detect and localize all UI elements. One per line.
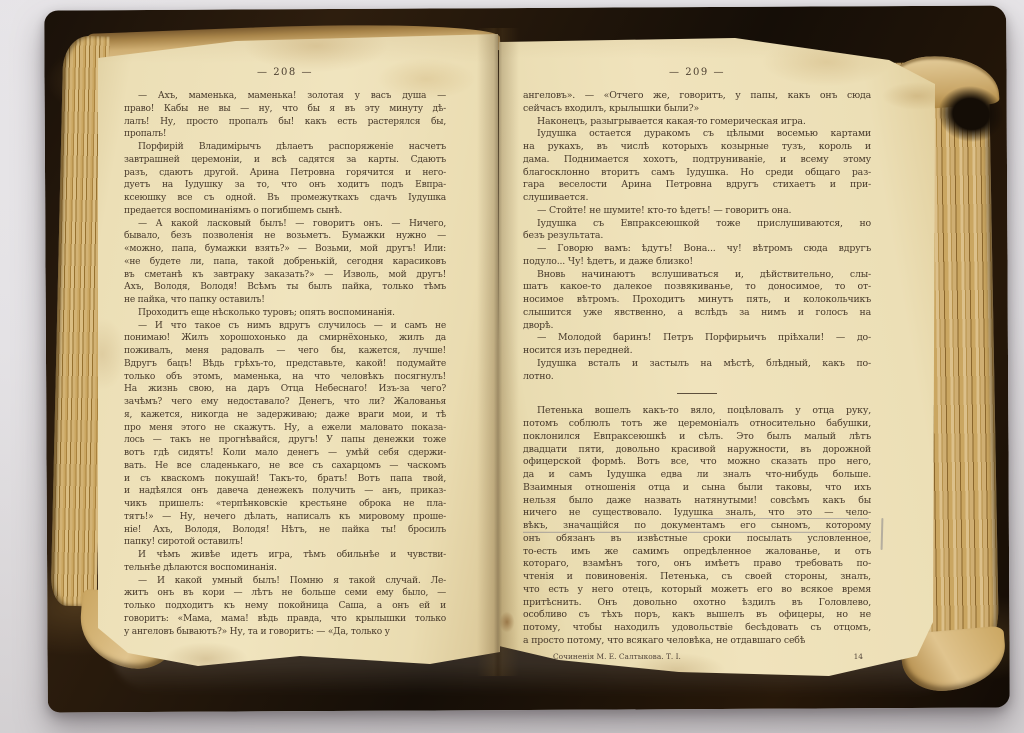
text-line: папку! сиротой оставилъ! [124,536,446,549]
text-line: ангеловъ». — «Отчего же, говоритъ, у пап… [523,90,871,103]
text-line: вѣкъ, значащійся по документамъ его сыно… [523,520,871,533]
text-line: Взаимныя отношенія отца и сына были тако… [523,482,871,495]
text-line: дуетъ на Іудушку за то, что онъ ходитъ п… [124,179,446,192]
right-page-text-upper: ангеловъ». — «Отчего же, говоритъ, у пап… [523,90,871,383]
text-line: понимаю! Жилъ хорошохонько да смирнёхонь… [124,332,446,345]
text-line: чикъ пришелъ: «терпѣнковскіе крестьяне о… [124,498,446,511]
text-line: право! Кабы не вы — ну, что бы я въ эту … [124,103,446,116]
text-line: бывало, безъ позволенія не возьметъ. Бум… [124,230,446,243]
text-line: разъ, сдаютъ другой. Арина Петровна горя… [124,167,446,180]
text-line: ксеюшку все съ одной. Въ промежуткахъ сд… [124,192,446,205]
text-line: не пайка, что папку оставилъ! [124,294,446,307]
signature-number: 14 [854,652,863,661]
text-line: — Говорю вамъ: ѣдутъ! Вона... чу! вѣтром… [523,243,871,256]
text-line: Проходитъ еще нѣсколько туровъ; опять во… [124,307,446,320]
text-line: вотъ гдѣ сидятъ! Коли мало денегъ — умѣй… [124,447,446,460]
text-line: тятъ!» — Ну, нечего дѣлать, написалъ къ … [124,511,446,524]
text-line: на рукахъ, въ числѣ которыхъ козырные ту… [523,141,871,154]
text-line: то-есть имъ же самимъ опредѣленное жалов… [523,546,871,559]
text-line: въ сметанѣ къ завтраку заказать?» — Изво… [124,269,446,282]
photo-of-open-book: — 208 — — Ахъ, маменька, маменька! золот… [0,0,1024,733]
text-line: говоритъ: «Мама, мама! вѣдь правда, что … [124,613,446,626]
text-line: дама. Поднимается хохотъ, подтруниваніе,… [523,154,871,167]
text-line: двадцати пяти, довольно красивой наружно… [523,444,871,457]
text-line: Наконецъ, разыгрывается какая-то гомерич… [523,116,871,129]
text-line: притѣснить. Онъ довольно охотно ѣздилъ в… [523,597,871,610]
text-line: котораго, взамѣнъ того, онъ имѣетъ право… [523,558,871,571]
text-line: Петенька вошелъ какъ-то вяло, поцѣловалъ… [523,405,871,418]
text-line: лалъ! Ну, просто пропалъ бы! какъ есть р… [124,116,446,129]
book-page-right: — 209 — ангеловъ». — «Отчего же, говорит… [497,26,944,681]
text-line: сейчасъ входилъ, крылышки были?» [523,103,871,116]
right-page-text-lower: Петенька вошелъ какъ-то вяло, поцѣловалъ… [523,405,871,647]
text-line: Вдругъ бацъ! Вѣдь грѣхъ-то, представьте,… [124,358,446,371]
pencil-margin-mark [881,518,884,550]
cover-worn-patch [934,82,1007,147]
text-line: потомъ соблюлъ тотъ же церемоніалъ относ… [523,418,871,431]
text-line: подуло... Чу! ѣдетъ, и даже близко! [523,256,871,269]
text-line: вать. Не все сладенькаго, не все съ саха… [124,460,446,473]
text-line: только объ этомъ, маменька, на что челов… [124,371,446,384]
text-line: лотно. [523,371,871,384]
text-line: поживалъ, меня радовалъ — чего бы, кажет… [124,345,446,358]
text-line: Іудушка съ Евпраксеюшкой тоже прислушива… [523,218,871,231]
text-line: что есть у него отецъ, который можетъ ег… [523,584,871,597]
left-page-column: — 208 — — Ахъ, маменька, маменька! золот… [124,66,446,638]
text-line: слышится уже явственно, а вслѣдъ за нимъ… [523,307,871,320]
text-line: Вновь начинаютъ вслушиваться и, дѣйствит… [523,269,871,282]
imprint-text: Сочиненія М. Е. Салтыкова. Т. I. [553,652,681,661]
text-line: шатъ какое-то далекое позвякиванье, то д… [523,281,871,294]
text-line: Ахъ, Володя, Володя! Всѣмъ ты былъ пайка… [124,281,446,294]
text-line: завтрашней церемоніи, и всѣ садятся за к… [124,154,446,167]
text-line: На жизнь свою, на даръ Отца Небеснаго! И… [124,383,446,396]
text-line: Порфирій Владимірычъ дѣлаетъ распоряжені… [124,141,446,154]
text-line: ничего не существовало. Іудушка зналъ, ч… [523,507,871,520]
text-line: онъ обязанъ въ извѣстные сроки посылать … [523,533,871,546]
text-line: «можно, папа, бумажки взять?» — Возьми, … [124,243,446,256]
text-line: и съ кваскомъ покушай! Такъ-то, братъ! В… [124,473,446,486]
text-line: слушивается. [523,192,871,205]
text-line: лось — такъ не прогнѣвайся, другъ! У пап… [124,434,446,447]
page-footer: Сочиненія М. Е. Салтыкова. Т. I. 14 [523,652,871,661]
text-line: поклонился Евпраксеюшкѣ и сѣлъ. Это былъ… [523,431,871,444]
text-line: ніе! Ахъ, Володя, Володя! Нѣтъ, не пайка… [124,524,446,537]
text-line: у ангеловъ бываютъ?» Ну, та и говоритъ: … [124,626,446,639]
section-divider-rule [523,383,871,405]
text-line: И чѣмъ живѣе идетъ игра, тѣмъ обильнѣе и… [124,549,446,562]
text-line: про меня этого не скажутъ. Ну, а ежели м… [124,422,446,435]
book-page-left: — 208 — — Ахъ, маменька, маменька! золот… [86,24,500,674]
text-line: носимое вѣтромъ. Проходитъ минутъ пять, … [523,294,871,307]
text-line: гара веселости Арина Петровна вдругъ сти… [523,179,871,192]
text-line: особливо съ тѣхъ поръ, какъ вышелъ въ оф… [523,609,871,622]
text-line: носится изъ передней. [523,345,871,358]
text-line: Іудушка остается дуракомъ съ цѣлыми восе… [523,128,871,141]
text-line: — И что такое съ нимъ вдругъ случилось —… [124,320,446,333]
text-line: зачѣмъ? чего ему недоставало? Денегъ, чт… [124,396,446,409]
text-line: пропалъ! [124,128,446,141]
right-page-column: — 209 — ангеловъ». — «Отчего же, говорит… [523,66,871,661]
left-page-text: — Ахъ, маменька, маменька! золотая у вас… [124,90,446,638]
text-line: — А какой ласковый былъ! — говоритъ онъ.… [124,218,446,231]
text-line: я, кажется, никогда не задерживаю; даже … [124,409,446,422]
text-line: — Стойте! не шумите! кто-то ѣдетъ! — гов… [523,205,871,218]
text-line: предается воспоминаніямъ о погибшемъ сын… [124,205,446,218]
text-line: только подходитъ къ нему покойница Саша,… [124,600,446,613]
text-line: — И какой умный былъ! Помню я такой случ… [124,575,446,588]
text-line: тельнѣе дѣлаются воспоминанія. [124,562,446,575]
page-number-left: — 208 — [124,66,446,80]
text-line: благосклонно вторитъ самъ Іудушка. Но ср… [523,167,871,180]
text-line: да и самъ Іудушка едва ли зналъ что-нибу… [523,469,871,482]
text-line: «не будете ли, папа, такой добренькій, с… [124,256,446,269]
page-number-right: — 209 — [523,66,871,80]
text-line: — Ахъ, маменька, маменька! золотая у вас… [124,90,446,103]
text-line: а просто потому, что всякаго человѣка, н… [523,635,871,648]
text-line: дворѣ. [523,320,871,333]
text-line: чтенія и повиновенія. Петенька, съ своей… [523,571,871,584]
text-line: нельзя было даже назвать натянутыми! сов… [523,495,871,508]
text-line: житъ онъ въ кори — лѣтъ не больше семи е… [124,587,446,600]
text-line: и надѣялся онъ давеча денежекъ получить … [124,485,446,498]
text-line: Іудушка всталъ и застылъ на мѣстѣ, блѣдн… [523,358,871,371]
text-line: потому, чтобы находилъ удовольствіе бесѣ… [523,622,871,635]
text-line: офицерской формѣ. Вотъ все, что можно ск… [523,456,871,469]
text-line: безъ результата. [523,230,871,243]
text-line: — Молодой баринъ! Петръ Порфирьичъ пріѣх… [523,332,871,345]
